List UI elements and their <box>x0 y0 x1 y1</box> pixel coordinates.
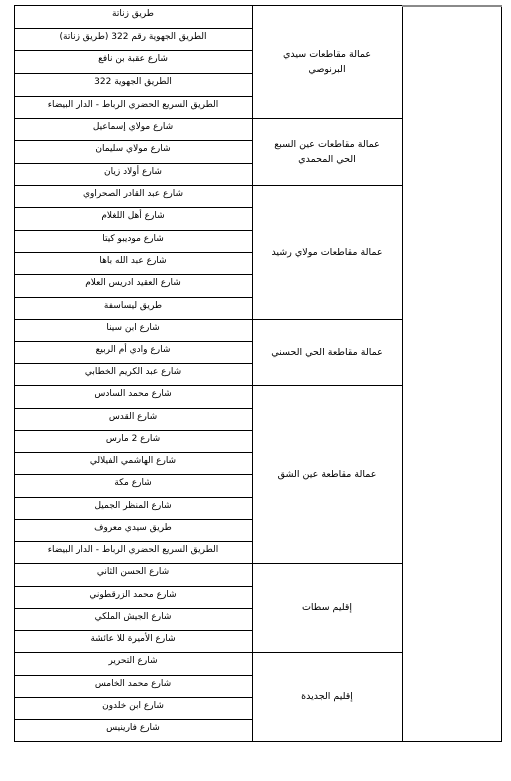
street-cell: شارع 2 مارس <box>15 433 251 445</box>
street-cell: شارع أولاد زيان <box>15 166 251 178</box>
row-divider <box>14 319 252 320</box>
row-divider <box>14 563 252 564</box>
row-divider <box>14 297 252 298</box>
street-cell: شارع ابن خلدون <box>15 700 251 712</box>
row-divider <box>14 118 252 119</box>
street-cell: شارع مولاي سليمان <box>15 143 251 155</box>
row-divider <box>14 474 252 475</box>
row-divider <box>14 140 252 141</box>
district-cell: عمالة مقاطعات مولاي رشيد <box>253 185 401 319</box>
street-cell: شارع العقيد ادريس العلام <box>15 277 251 289</box>
street-cell: الطريق السريع الحضري الرباط - الدار البي… <box>15 99 251 111</box>
district-name: عمالة مقاطعات سيدي البرنوصي <box>253 47 401 77</box>
district-name: إقليم الجديدة <box>283 689 371 704</box>
row-divider <box>14 497 252 498</box>
street-cell: الطريق الجهوية رقم 322 (طريق زناتة) <box>15 31 251 43</box>
street-cell: طريق ليساسفة <box>15 300 251 312</box>
street-cell: شارع فارينيس <box>15 722 251 734</box>
row-divider <box>14 608 252 609</box>
street-cell: شارع الهاشمي الفيلالي <box>15 455 251 467</box>
street-cell: شارع الحسن الثاني <box>15 566 251 578</box>
district-name: إقليم سطات <box>284 600 370 615</box>
row-divider <box>14 73 252 74</box>
street-cell: شارع محمد الزرقطوني <box>15 589 251 601</box>
street-cell: شارع التحرير <box>15 655 251 667</box>
table-border-top <box>402 5 502 7</box>
district-cell: عمالة مقاطعات سيدي البرنوصي <box>253 5 401 118</box>
row-divider <box>14 385 252 386</box>
row-divider <box>14 341 252 342</box>
row-divider <box>14 28 252 29</box>
row-divider <box>14 207 252 208</box>
row-divider <box>14 652 252 653</box>
street-cell: شارع موديبو كيتا <box>15 233 251 245</box>
column-divider <box>402 5 403 742</box>
row-divider <box>14 697 252 698</box>
row-divider <box>14 96 252 97</box>
row-divider <box>14 5 252 6</box>
row-divider <box>14 50 252 51</box>
row-divider <box>14 719 252 720</box>
district-name: عمالة مقاطعة عين الشق <box>260 467 395 482</box>
row-divider <box>14 185 252 186</box>
street-cell: شارع أهل اللغلام <box>15 210 251 222</box>
street-cell: طريق زناتة <box>15 8 251 20</box>
district-cell: إقليم سطات <box>253 563 401 652</box>
district-cell: إقليم الجديدة <box>253 652 401 741</box>
row-divider <box>14 363 252 364</box>
district-cell: عمالة مقاطعات عين السبع الحي المحمدي <box>253 118 401 185</box>
table-border-bottom <box>14 741 502 742</box>
district-name: عمالة مقاطعات عين السبع الحي المحمدي <box>253 137 401 167</box>
district-cell: عمالة مقاطعة عين الشق <box>253 385 401 563</box>
street-cell: شارع القدس <box>15 411 251 423</box>
row-divider <box>14 541 252 542</box>
street-cell: شارع محمد الخامس <box>15 678 251 690</box>
row-divider <box>14 274 252 275</box>
row-divider <box>14 452 252 453</box>
street-cell: شارع المنظر الجميل <box>15 500 251 512</box>
street-cell: شارع عبد الكريم الخطابي <box>15 366 251 378</box>
street-cell: شارع ابن سينا <box>15 322 251 334</box>
row-divider <box>14 252 252 253</box>
street-cell: شارع الأميرة للا عائشة <box>15 633 251 645</box>
street-cell: الطريق السريع الحضري الرباط - الدار البي… <box>15 544 251 556</box>
row-divider <box>14 430 252 431</box>
district-name: عمالة مقاطعة الحي الحسني <box>253 345 401 360</box>
row-divider <box>14 630 252 631</box>
row-divider <box>14 163 252 164</box>
street-cell: شارع مكة <box>15 477 251 489</box>
street-cell: شارع عبد القادر الصحراوي <box>15 188 251 200</box>
row-divider <box>14 230 252 231</box>
street-cell: الطريق الجهوية 322 <box>15 76 251 88</box>
district-name: عمالة مقاطعات مولاي رشيد <box>253 245 400 260</box>
district-cell: عمالة مقاطعة الحي الحسني <box>253 319 401 385</box>
street-cell: شارع وادي أم الربيع <box>15 344 251 356</box>
table-border-top <box>252 5 402 6</box>
row-divider <box>14 675 252 676</box>
table-border-right <box>501 5 502 742</box>
row-divider <box>14 408 252 409</box>
row-divider <box>14 519 252 520</box>
street-cell: شارع مولاي إسماعيل <box>15 121 251 133</box>
row-divider <box>14 586 252 587</box>
street-cell: شارع عبد الله باها <box>15 255 251 267</box>
street-cell: شارع عقبة بن نافع <box>15 53 251 65</box>
street-cell: شارع محمد السادس <box>15 388 251 400</box>
document-page: طريق زناتةالطريق الجهوية رقم 322 (طريق ز… <box>0 0 511 781</box>
street-cell: شارع الجيش الملكي <box>15 611 251 623</box>
street-cell: طريق سيدي معروف <box>15 522 251 534</box>
